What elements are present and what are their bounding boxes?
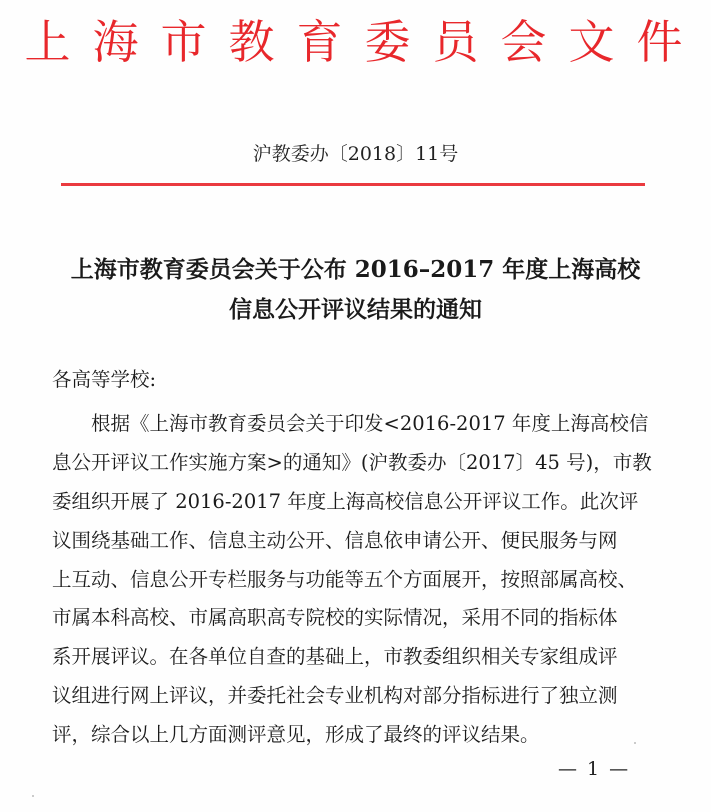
red-divider-rule <box>61 183 645 186</box>
notice-title: 上海市教育委员会关于公布 2016–2017 年度上海高校 信息公开评议结果的通… <box>0 250 711 330</box>
document-number: 沪教委办〔2018〕11号 <box>0 140 711 168</box>
masthead-title: 上海市教育委员会文件 <box>0 12 711 72</box>
body-line: 委组织开展了 2016-2017 年度上海高校信息公开评议工作。此次评 <box>52 483 652 522</box>
salutation: 各高等学校: <box>52 366 156 394</box>
notice-title-line: 信息公开评议结果的通知 <box>0 290 711 330</box>
body-line: 议组进行网上评议，并委托社会专业机构对部分指标进行了独立测 <box>52 677 652 716</box>
body-paragraph: 根据《上海市教育委员会关于印发<2016-2017 年度上海高校信 息公开评议工… <box>52 405 652 755</box>
notice-title-line: 上海市教育委员会关于公布 2016–2017 年度上海高校 <box>0 250 711 290</box>
scan-speck <box>634 742 636 744</box>
scan-speck <box>32 795 34 797</box>
document-page: 上海市教育委员会文件 沪教委办〔2018〕11号 上海市教育委员会关于公布 20… <box>0 0 711 812</box>
body-line: 息公开评议工作实施方案>的通知》(沪教委办〔2017〕45 号)，市教 <box>52 444 652 483</box>
body-line: 评，综合以上几方面测评意见，形成了最终的评议结果。 <box>52 716 652 755</box>
body-line: 根据《上海市教育委员会关于印发<2016-2017 年度上海高校信 <box>52 405 652 444</box>
page-number: — 1 — <box>558 756 630 782</box>
body-line: 市属本科高校、市属高职高专院校的实际情况，采用不同的指标体 <box>52 599 652 638</box>
body-line: 议围绕基础工作、信息主动公开、信息依申请公开、便民服务与网 <box>52 522 652 561</box>
body-line: 上互动、信息公开专栏服务与功能等五个方面展开，按照部属高校、 <box>52 561 652 600</box>
body-line: 系开展评议。在各单位自查的基础上，市教委组织相关专家组成评 <box>52 638 652 677</box>
